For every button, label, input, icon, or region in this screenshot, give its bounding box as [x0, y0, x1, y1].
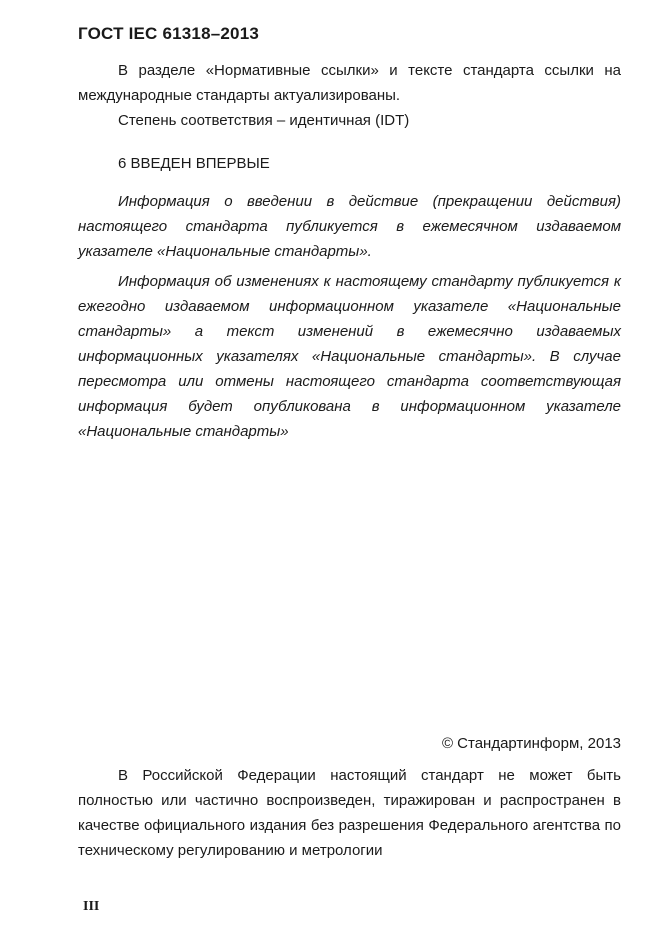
paragraph-conformity-degree: Степень соответствия – идентичная (IDT) — [78, 108, 621, 133]
paragraph-introduced-first-time: 6 ВВЕДЕН ВПЕРВЫЕ — [78, 151, 621, 176]
document-page: ГОСТ IEC 61318–2013 В разделе «Нормативн… — [0, 0, 661, 935]
paragraph-references-note: В разделе «Нормативные ссылки» и тексте … — [78, 58, 621, 108]
copyright-line: © Стандартинформ, 2013 — [78, 731, 621, 756]
document-title: ГОСТ IEC 61318–2013 — [78, 24, 259, 44]
paragraph-info-changes: Информация об изменениях к настоящему ст… — [78, 269, 621, 444]
paragraph-info-enactment: Информация о введении в действие (прекра… — [78, 189, 621, 264]
page-number: III — [83, 899, 99, 915]
paragraph-reproduction-note: В Российской Федерации настоящий стандар… — [78, 763, 621, 863]
